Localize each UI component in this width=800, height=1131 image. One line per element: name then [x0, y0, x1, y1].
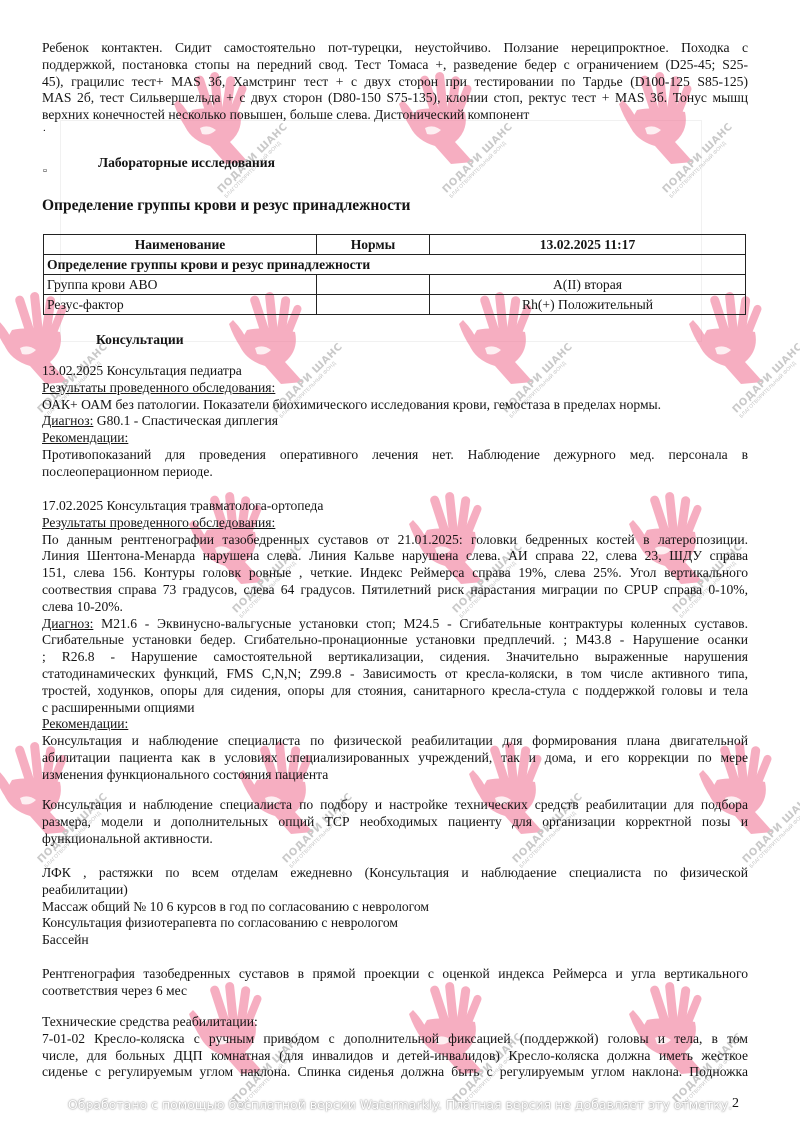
text-line: тростей, ходунков, опоры для сидения, оп… — [42, 683, 748, 700]
cell-value: Rh(+) Положительный — [430, 295, 746, 315]
text-line: с расширенными опциями — [42, 700, 748, 717]
text-line: верхних конечностей несколько повышен, б… — [42, 107, 748, 124]
text-line: соотвествия справа 73 градусов, слева 64… — [42, 582, 748, 599]
table-group-row: Определение группы крови и резус принадл… — [44, 255, 746, 275]
recommendations-label: Рекомендации: — [42, 430, 748, 447]
header-norms: Нормы — [317, 235, 430, 255]
diagnosis-line: Диагноз: M21.6 - Эквинусно-вальгусные ус… — [42, 616, 748, 633]
text-line: 7-01-02 Кресло-коляска с ручным приводом… — [42, 1031, 748, 1048]
document-page: ПОДАРИ ШАНСБЛАГОТВОРИТЕЛЬНЫЙ ФОНДПОДАРИ … — [0, 0, 800, 1131]
diagnosis-text: M21.6 - Эквинусно-вальгусные установки с… — [93, 616, 748, 631]
lab-section-title: Лабораторные исследования — [98, 155, 275, 171]
text-line: Консультация физиотерапевта по согласова… — [42, 915, 748, 932]
cell-norm — [317, 295, 430, 315]
text-line: сиденье с регулируемым углом наклона. Сп… — [42, 1064, 748, 1081]
cell-norm — [317, 275, 430, 295]
text-line: 151, слева 156. Контуры головк ровные , … — [42, 565, 748, 582]
blood-group-table: Наименование Нормы 13.02.2025 11:17 Опре… — [43, 234, 746, 315]
text-line: реабилитации) — [42, 882, 748, 899]
orthopedist-consultation: 17.02.2025 Консультация травматолога-орт… — [42, 498, 748, 784]
cell-value: A(II) вторая — [430, 275, 746, 295]
consultation-heading: 13.02.2025 Консультация педиатра — [42, 363, 748, 380]
cell-name: Резус-фактор — [44, 295, 317, 315]
text-line: абилитации пациента как в условиях специ… — [42, 750, 748, 767]
table-row: Резус-фактор Rh(+) Положительный — [44, 295, 746, 315]
therapy-recommendation: ЛФК , растяжки по всем отделам ежедневно… — [42, 865, 748, 949]
text-line: статодинамических функций, FMS C,N,N; Z9… — [42, 666, 748, 683]
diagnosis-line: Диагноз: G80.1 - Спастическая диплегия — [42, 413, 748, 430]
text-line: функциональной активности. — [42, 831, 748, 848]
cell-name: Группа крови АВО — [44, 275, 317, 295]
watermark-brand-text: ПОДАРИ ШАНСБЛАГОТВОРИТЕЛЬНЫЙ ФОНД — [741, 791, 800, 869]
text-line: Консультация и наблюдение специалиста по… — [42, 797, 748, 814]
blood-group-title: Определение группы крови и резус принадл… — [42, 197, 411, 215]
results-text: ОАК+ ОАМ без патологии. Показатели биохи… — [42, 397, 748, 414]
exam-paragraph: Ребенок контактен. Сидит самостоятельно … — [42, 40, 748, 124]
results-label: Результаты проведенного обследования: — [42, 380, 748, 397]
text-line: Консультация и наблюдение специалиста по… — [42, 733, 748, 750]
diagnosis-text: G80.1 - Спастическая диплегия — [93, 413, 278, 428]
pediatrician-consultation: 13.02.2025 Консультация педиатра Результ… — [42, 363, 748, 481]
text-line: соответствия через 6 мес — [42, 983, 748, 1000]
text-line: 45), грацилис тест+ MAS 3б, Хамстринг те… — [42, 74, 748, 91]
watermarkly-footer: Обработано с помощью бесплатной версии W… — [0, 1097, 800, 1112]
text-line: числе, для больных ДЦП комнатная (для ин… — [42, 1048, 748, 1065]
text-line: Бассейн — [42, 932, 748, 949]
xray-recommendation: Рентгенография тазобедренных суставов в … — [42, 966, 748, 1000]
text-line: Противопоказаний для проведения оператив… — [42, 447, 748, 464]
text-line: Ребенок контактен. Сидит самостоятельно … — [42, 40, 748, 57]
text-line: слева 10-20%. — [42, 599, 748, 616]
group-label: Определение группы крови и резус принадл… — [44, 255, 746, 275]
page-number: 2 — [732, 1096, 739, 1112]
table-header-row: Наименование Нормы 13.02.2025 11:17 — [44, 235, 746, 255]
diagnosis-label: Диагноз: — [42, 413, 93, 428]
recommendations-label: Рекомендации: — [42, 716, 748, 733]
table-row: Группа крови АВО A(II) вторая — [44, 275, 746, 295]
tsr-label: Технические средства реабилитации: — [42, 1014, 748, 1031]
consultation-heading: 17.02.2025 Консультация травматолога-орт… — [42, 498, 748, 515]
header-date: 13.02.2025 11:17 — [430, 235, 746, 255]
header-name: Наименование — [44, 235, 317, 255]
consultations-title: Консультации — [96, 332, 184, 348]
text-line: Рентгенография тазобедренных суставов в … — [42, 966, 748, 983]
text-line: послеоперационном периоде. — [42, 464, 748, 481]
text-line: поддержкой, постановка стопы на передний… — [42, 57, 748, 74]
tsr-recommendation: Консультация и наблюдение специалиста по… — [42, 797, 748, 847]
text-line: ; R26.8 - Нарушение самостоятельной верт… — [42, 649, 748, 666]
text-line: MAS 2б, тест Сильвершельда + с двух стор… — [42, 90, 748, 107]
text-line: Сгибательные установки бедер. Сгибательн… — [42, 632, 748, 649]
results-label: Результаты проведенного обследования: — [42, 515, 748, 532]
text-line: изменения функционального состояния паци… — [42, 767, 748, 784]
text-line: размера, модели и дополнительных опций Т… — [42, 814, 748, 831]
text-line: Линия Шентона-Менарда нарушена слева. Ли… — [42, 548, 748, 565]
text-line: По данным рентгенографии тазобедренных с… — [42, 532, 748, 549]
text-line: ЛФК , растяжки по всем отделам ежедневно… — [42, 865, 748, 882]
text-line: Массаж общий № 10 6 курсов в год по согл… — [42, 899, 748, 916]
stray-dot: . — [43, 122, 46, 134]
rehab-equipment: Технические средства реабилитации: 7-01-… — [42, 1014, 748, 1081]
diagnosis-label: Диагноз: — [42, 616, 93, 631]
bullet-icon: ▫ — [43, 165, 47, 177]
